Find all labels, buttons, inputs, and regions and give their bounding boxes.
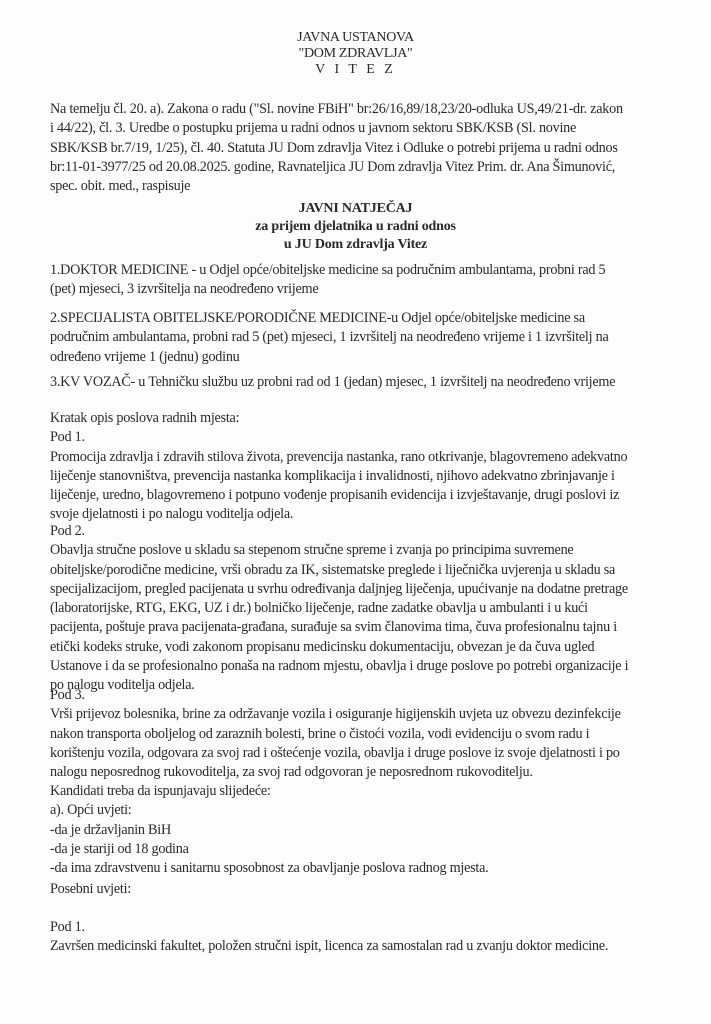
description-line: Ustanove i da se profesionalno ponaša na… (50, 657, 675, 676)
description-line: obiteljske/porodične medicine, vrši obra… (50, 561, 675, 580)
institution-header: JAVNA USTANOVA "DOM ZDRAVLJA" V I T E Z (50, 30, 661, 78)
header-line-3: V I T E Z (50, 62, 661, 78)
job-description-pod-2: Pod 2. Obavlja stručne poslove u skladu … (50, 522, 675, 696)
position-line: (pet) mjeseci, 3 izvršitelja na neodređe… (50, 280, 675, 299)
pod-label: Pod 3. (50, 686, 675, 705)
description-line: Vrši prijevoz bolesnika, brine za održav… (50, 705, 675, 724)
header-line-2: "DOM ZDRAVLJA" (50, 46, 661, 62)
position-line: 1.DOKTOR MEDICINE - u Odjel opće/obitelj… (50, 261, 675, 280)
description-line: liječenje, uredno, blagovremeno i potpun… (50, 486, 675, 505)
position-line: određeno vrijeme 1 (jednu) godinu (50, 348, 675, 367)
job-description-pod-1: Kratak opis poslova radnih mjesta: Pod 1… (50, 409, 675, 525)
general-requirements-heading: a). Opći uvjeti: (50, 801, 675, 820)
pod-label: Pod 1. (50, 918, 675, 937)
description-line: etički kodeks struke, vodi zakonom propi… (50, 638, 675, 657)
special-requirement-text: Završen medicinski fakultet, položen str… (50, 937, 675, 956)
pod-label: Pod 1. (50, 428, 675, 447)
description-line: specijalizacijom, pregled pacijenata u s… (50, 580, 675, 599)
position-2: 2.SPECIJALISTA OBITELJSKE/PORODIČNE MEDI… (50, 309, 675, 367)
position-3: 3.KV VOZAČ- u Tehničku službu uz probni … (50, 373, 675, 392)
description-line: Promocija zdravlja i zdravih stilova živ… (50, 448, 675, 467)
intro-line: Na temelju čl. 20. a). Zakona o radu ("S… (50, 100, 675, 119)
special-requirements-heading: Posebni uvjeti: (50, 880, 675, 899)
intro-line: br:11-01-3977/25 od 20.08.2025. godine, … (50, 158, 675, 177)
pod-label: Pod 2. (50, 522, 675, 541)
description-line: Obavlja stručne poslove u skladu sa step… (50, 541, 675, 560)
requirement-item: -da ima zdravstvenu i sanitarnu sposobno… (50, 859, 675, 878)
position-1: 1.DOKTOR MEDICINE - u Odjel opće/obitelj… (50, 261, 675, 300)
position-line: 2.SPECIJALISTA OBITELJSKE/PORODIČNE MEDI… (50, 309, 675, 328)
intro-line: SBK/KSB br.7/19, 1/25), čl. 40. Statuta … (50, 139, 675, 158)
intro-paragraph: Na temelju čl. 20. a). Zakona o radu ("S… (50, 100, 675, 196)
job-descriptions-heading: Kratak opis poslova radnih mjesta: (50, 409, 675, 428)
requirement-item: -da je državljanin BiH (50, 821, 675, 840)
description-line: korištenju vozila, odgovara za svoj rad … (50, 744, 675, 763)
title-line-3: u JU Dom zdravlja Vitez (50, 236, 661, 254)
description-line: (laboratorijske, RTG, EKG, UZ i dr.) bol… (50, 599, 675, 618)
position-line: područnim ambulantama, probni rad 5 (pet… (50, 328, 675, 347)
description-line: nakon transporta oboljelog od zaraznih b… (50, 725, 675, 744)
requirement-item: -da je stariji od 18 godina (50, 840, 675, 859)
competition-title: JAVNI NATJEČAJ za prijem djelatnika u ra… (50, 200, 661, 254)
intro-line: spec. obit. med., raspisuje (50, 177, 675, 196)
title-line-2: za prijem djelatnika u radni odnos (50, 218, 661, 236)
general-requirements: Kandidati treba da ispunjavaju slijedeće… (50, 782, 675, 878)
special-requirements-heading-block: Posebni uvjeti: (50, 880, 675, 899)
job-description-pod-3: Pod 3. Vrši prijevoz bolesnika, brine za… (50, 686, 675, 782)
description-line: liječenje stanovništva, prevencija nasta… (50, 467, 675, 486)
position-line: 3.KV VOZAČ- u Tehničku službu uz probni … (50, 373, 675, 392)
header-line-1: JAVNA USTANOVA (50, 30, 661, 46)
intro-line: i 44/22), čl. 3. Uredbe o postupku prije… (50, 119, 675, 138)
requirements-intro: Kandidati treba da ispunjavaju slijedeće… (50, 782, 675, 801)
title-line-1: JAVNI NATJEČAJ (50, 200, 661, 218)
description-line: pacijenta, poštuje prava pacijenata-građ… (50, 618, 675, 637)
special-requirement-pod-1: Pod 1. Završen medicinski fakultet, polo… (50, 918, 675, 957)
description-line: nalogu neposrednog rukovoditelja, za svo… (50, 763, 675, 782)
